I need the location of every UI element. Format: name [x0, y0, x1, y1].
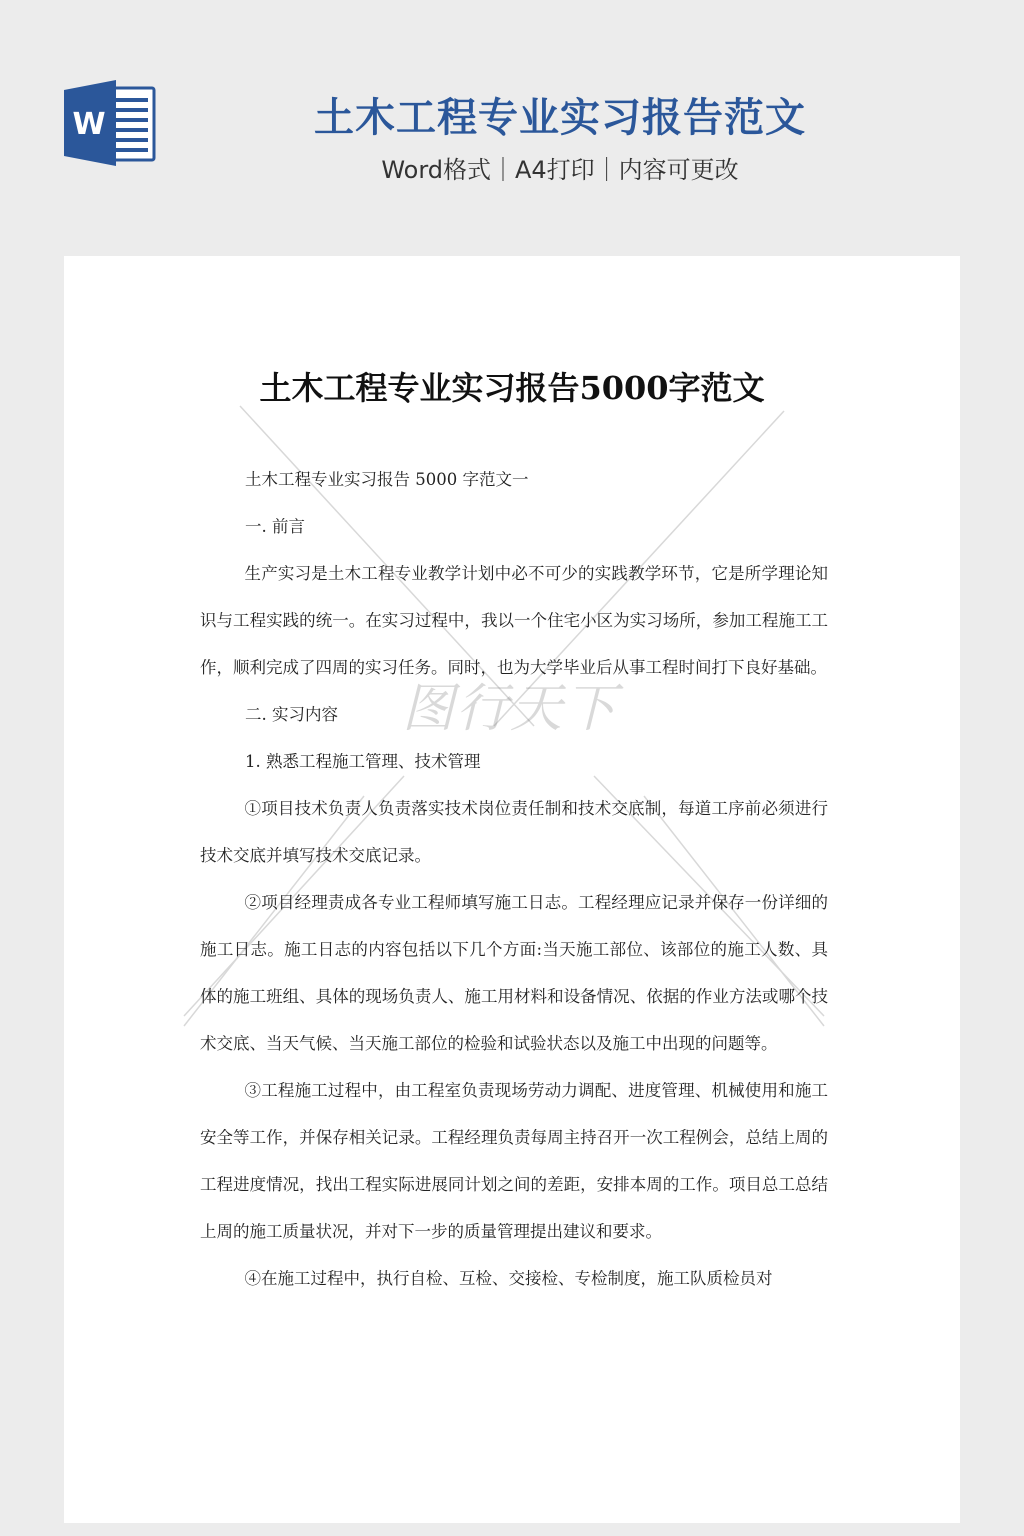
section-heading-content: 二. 实习内容	[245, 691, 828, 738]
document-page: 图行天下 土木工程专业实习报告5000字范文 土木工程专业实习报告 5000 字…	[64, 256, 960, 1523]
header-title: 土木工程专业实习报告范文	[300, 92, 820, 144]
word-icon: W	[64, 80, 156, 166]
paragraph-item-3: ③工程施工过程中，由工程室负责现场劳动力调配、进度管理、机械使用和施工安全等工作…	[200, 1067, 828, 1255]
paragraph-item-1: ①项目技术负责人负责落实技术岗位责任制和技术交底制，每道工序前必须进行技术交底并…	[200, 785, 828, 879]
document-title: 土木工程专业实习报告5000字范文	[64, 364, 960, 412]
section-heading-preface: 一. 前言	[245, 503, 828, 550]
paragraph-item-2: ②项目经理责成各专业工程师填写施工日志。工程经理应记录并保存一份详细的施工日志。…	[200, 879, 828, 1067]
paragraph-subtitle: 土木工程专业实习报告 5000 字范文一	[245, 456, 828, 503]
paragraph-preface: 生产实习是土木工程专业教学计划中必不可少的实践教学环节，它是所学理论知识与工程实…	[200, 550, 828, 691]
header-subtitle: Word格式｜A4打印｜内容可更改	[300, 152, 820, 188]
paragraph-item-4: ④在施工过程中，执行自检、互检、交接检、专检制度，施工队质检员对	[200, 1255, 828, 1302]
subsection-heading: 1. 熟悉工程施工管理、技术管理	[245, 738, 828, 785]
document-body: 土木工程专业实习报告 5000 字范文一 一. 前言 生产实习是土木工程专业教学…	[200, 456, 828, 1302]
svg-text:W: W	[72, 107, 105, 142]
